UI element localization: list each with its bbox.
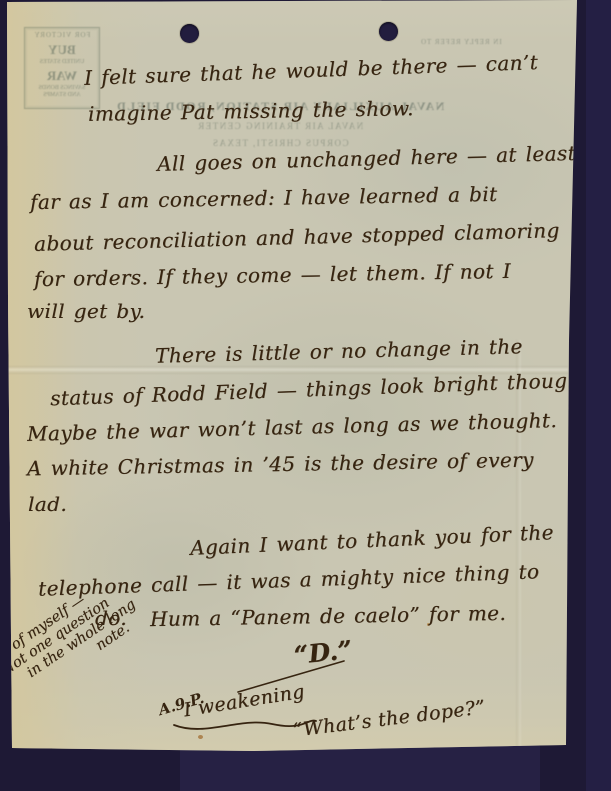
backdrop-mat-right-band — [586, 0, 611, 791]
handwriting-line-11: A white Christmas in ’45 is the desire o… — [27, 448, 534, 481]
handwriting-line-8: There is little or no change in the — [155, 334, 523, 368]
handwriting-line-4: far as I am concerned: I have learned a … — [30, 182, 498, 214]
signature-flourish — [130, 645, 370, 750]
war-stamp-line-1: FOR VICTORY — [25, 31, 99, 40]
punch-hole-left — [180, 24, 199, 43]
war-stamp-line-2: BUY — [25, 42, 99, 58]
war-stamp-line-6: AND STAMPS — [25, 92, 99, 100]
ghost-reply-refer-note: IN REPLY REFER TO — [420, 38, 502, 46]
handwriting-line-13: Again I want to thank you for the — [190, 520, 555, 560]
handwriting-line-1: I felt sure that he would be there — can… — [84, 50, 539, 90]
handwriting-line-9: status of Rodd Field — things look brigh… — [50, 368, 588, 411]
handwriting-line-10: Maybe the war won’t last as long as we t… — [27, 408, 558, 446]
handwriting-line-6: for orders. If they come — let them. If … — [34, 259, 511, 291]
letter-paper-sheet: IN REPLY REFER TO NAVAL AUXILIARY AIR ST… — [0, 0, 580, 756]
handwriting-line-5: about reconciliation and have stopped cl… — [34, 218, 560, 256]
scanned-letter-photo: { "colors": { "backdrop": "#1e1935", "pa… — [0, 0, 611, 791]
handwriting-line-7: will get by. — [27, 299, 145, 323]
punch-hole-right — [379, 22, 398, 41]
handwriting-line-12: lad. — [28, 492, 67, 516]
handwriting-line-16: Hum a “Panem de caelo” for me. — [150, 601, 507, 631]
